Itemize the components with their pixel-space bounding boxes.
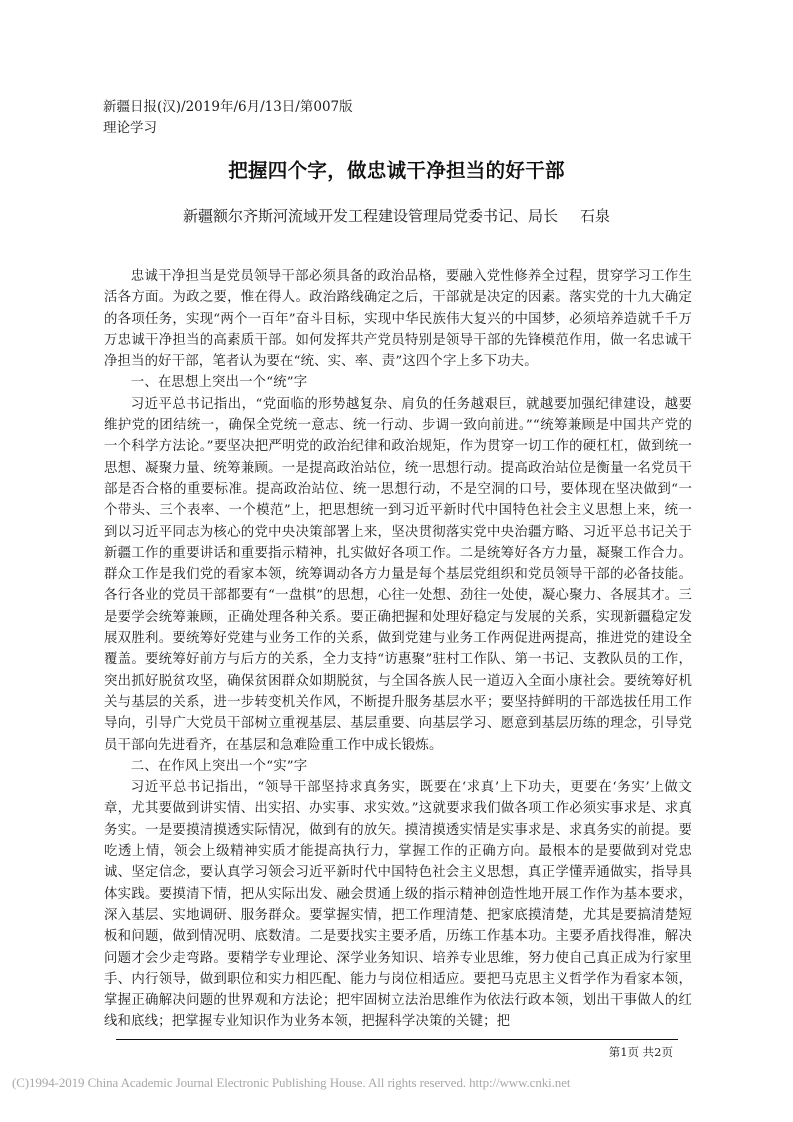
article-title: 把握四个字，做忠诚干净担当的好干部 — [0, 157, 793, 185]
author-position: 新疆额尔齐斯河流域开发工程建设管理局党委书记、局长 — [183, 207, 558, 225]
byline: 新疆额尔齐斯河流域开发工程建设管理局党委书记、局长石泉 — [0, 204, 793, 228]
page-indicator: 第1页 共2页 — [609, 1045, 673, 1059]
section-heading-2: 二、在作风上突出一个“实”字 — [104, 756, 692, 777]
author-name: 石泉 — [580, 207, 610, 225]
section-heading-1: 一、在思想上突出一个“统”字 — [104, 372, 692, 393]
footer-divider — [116, 1039, 678, 1040]
column-name: 理论学习 — [103, 118, 353, 139]
source-line: 新疆日报(汉)/2019年/6月/13日/第007版 — [103, 97, 353, 118]
copyright-notice: (C)1994-2019 China Academic Journal Elec… — [12, 1075, 570, 1091]
article-body: 忠诚干净担当是党员领导干部必须具备的政治品格，要融入党性修养全过程，贯穿学习工作… — [104, 266, 692, 1033]
paragraph-section-2: 习近平总书记指出，“领导干部坚持求真务实，既要在‘求真’上下功夫，更要在‘务实’… — [104, 777, 692, 1033]
article-metadata: 新疆日报(汉)/2019年/6月/13日/第007版 理论学习 — [103, 97, 353, 139]
paragraph-section-1: 习近平总书记指出，“党面临的形势越复杂、肩负的任务越艰巨，就越要加强纪律建设，越… — [104, 394, 692, 756]
paragraph-intro: 忠诚干净担当是党员领导干部必须具备的政治品格，要融入党性修养全过程，贯穿学习工作… — [104, 266, 692, 372]
